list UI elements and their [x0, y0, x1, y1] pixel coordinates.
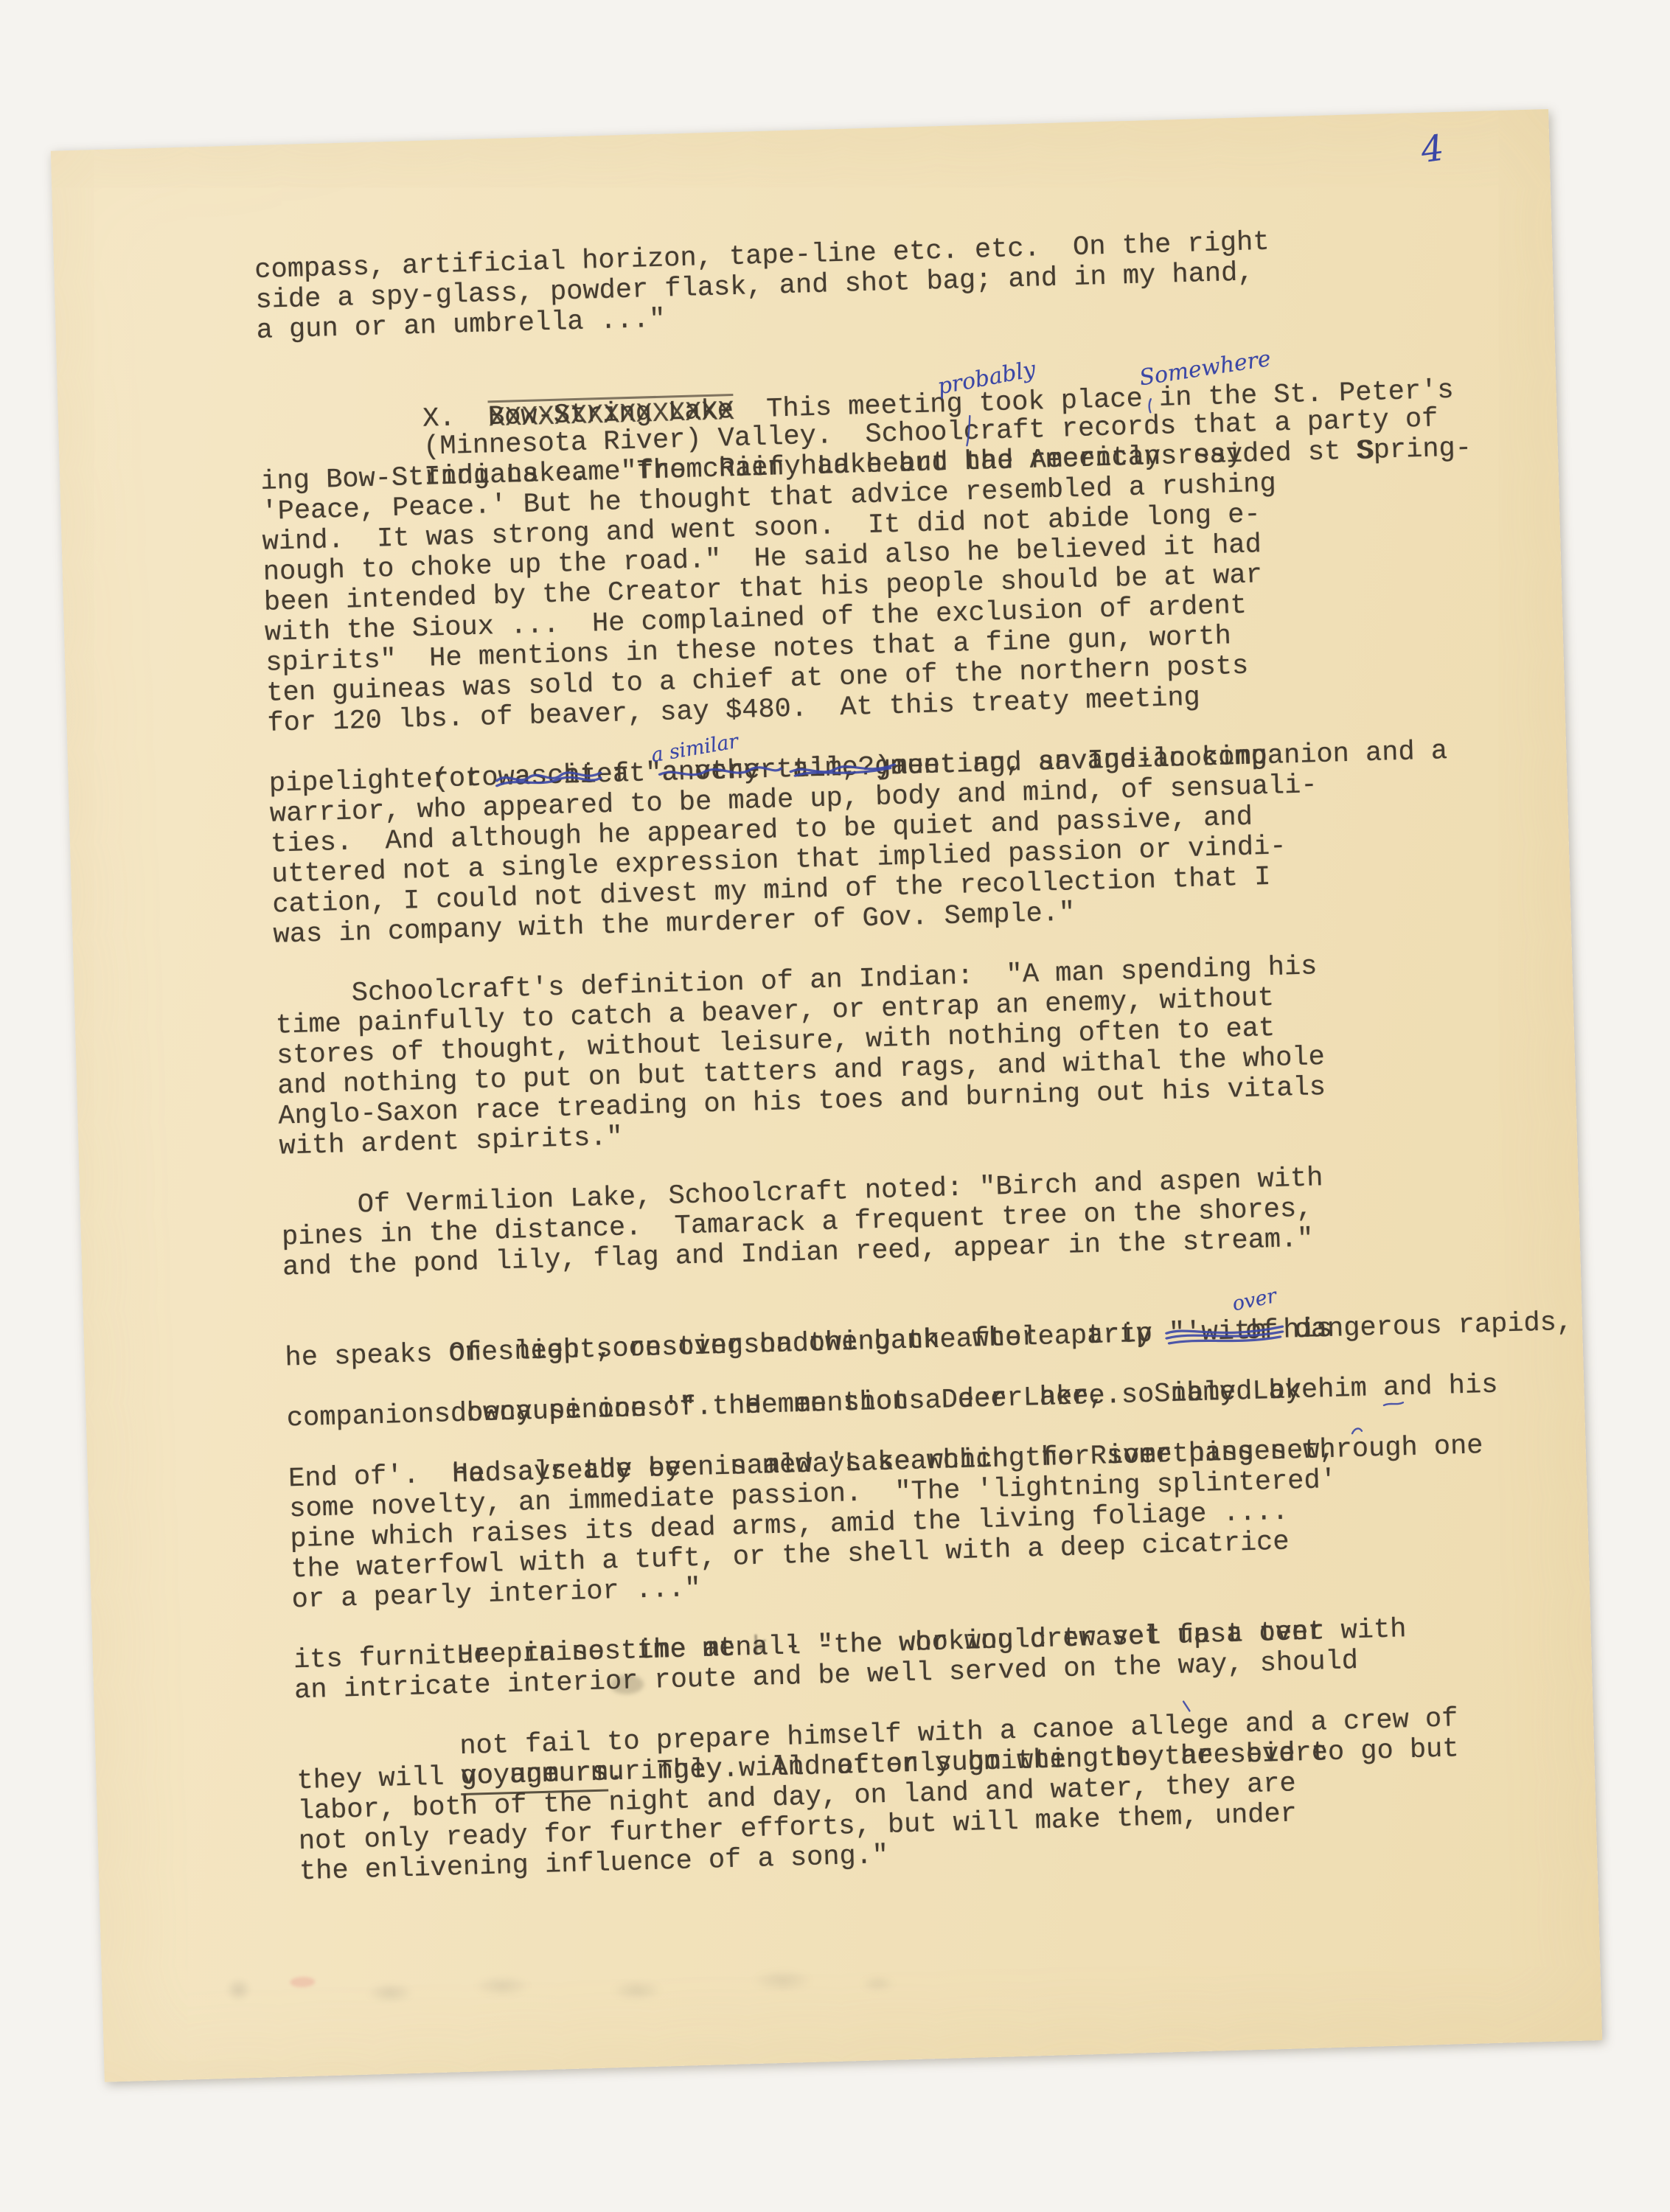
pen-scribble-icon: [494, 762, 602, 791]
pen-crossed-text: overof: [1169, 1316, 1279, 1349]
paragraph-quote-equipment: compass, artificial horizon, tape-line e…: [254, 221, 1488, 347]
pen-underline-icon: [1382, 1399, 1404, 1409]
scanned-document: 4 compass, artificial horizon, tape-line…: [0, 0, 1670, 2212]
show-through-smudge: [345, 1943, 906, 2030]
pen-caret-icon: [1145, 397, 1155, 414]
overstruck-char: S: [1357, 436, 1374, 467]
pen-crossed-text: a similaranother: [661, 756, 777, 789]
typed-line-with-edits: X. Bow-String LakeXXXXXXXXXXXXXXX This m…: [257, 342, 1489, 407]
text-run: ugh one: [1368, 1430, 1484, 1464]
pen-scribble-icon: [657, 758, 784, 787]
pen-marked-char: c: [963, 417, 980, 448]
handwritten-page-number: 4: [1419, 128, 1447, 172]
annotated-run: probably took place: [962, 384, 1159, 420]
paragraph-vermilion-lake: Of Vermilion Lake, Schoolcraft noted: "B…: [280, 1158, 1514, 1284]
typed-text-block: compass, artificial horizon, tape-line e…: [254, 221, 1531, 1888]
faint-red-mark: [290, 1977, 315, 1988]
show-through-smudge: [212, 1967, 265, 2013]
pen-crossed-text: time?): [793, 752, 891, 785]
pen-crossed-text: was it: [498, 760, 596, 793]
pen-stroke-icon: [964, 414, 974, 447]
text-run: and: [1382, 1371, 1433, 1404]
paragraph-section-x: X. Bow-String LakeXXXXXXXXXXXXXXX This m…: [257, 342, 1504, 950]
pen-accent-icon: [1349, 1425, 1364, 1436]
paragraph-one-night: One night, resting on the bank after a t…: [284, 1279, 1523, 1615]
pen-marked-char: o: [1351, 1435, 1368, 1466]
text-run: pring-: [1373, 433, 1472, 467]
pen-scribble-icon: [788, 754, 897, 783]
pen-marked-char: e: [1180, 1711, 1197, 1742]
paragraph-definition: Schoolcraft's definition of an Indian: "…: [274, 947, 1510, 1163]
pen-scribble-icon: [1164, 1318, 1285, 1347]
erased-char: k: [751, 1632, 768, 1663]
text-run: his: [1432, 1370, 1498, 1402]
text-run: e: [1179, 1711, 1196, 1742]
pen-grave-accent-icon: [1180, 1700, 1192, 1713]
pen-marked-char: d: [1143, 412, 1160, 443]
overstruck-title: Bow-String LakeXXXXXXXXXXXXXXX: [487, 394, 734, 433]
paragraph-voyageurs: He praises the menk - "the working crew …: [292, 1582, 1531, 1888]
text-run: d: [1143, 411, 1160, 443]
text-run: o: [1351, 1434, 1368, 1466]
pen-marked-word: and: [1382, 1372, 1433, 1404]
document-page: 4 compass, artificial horizon, tape-line…: [51, 109, 1602, 2082]
